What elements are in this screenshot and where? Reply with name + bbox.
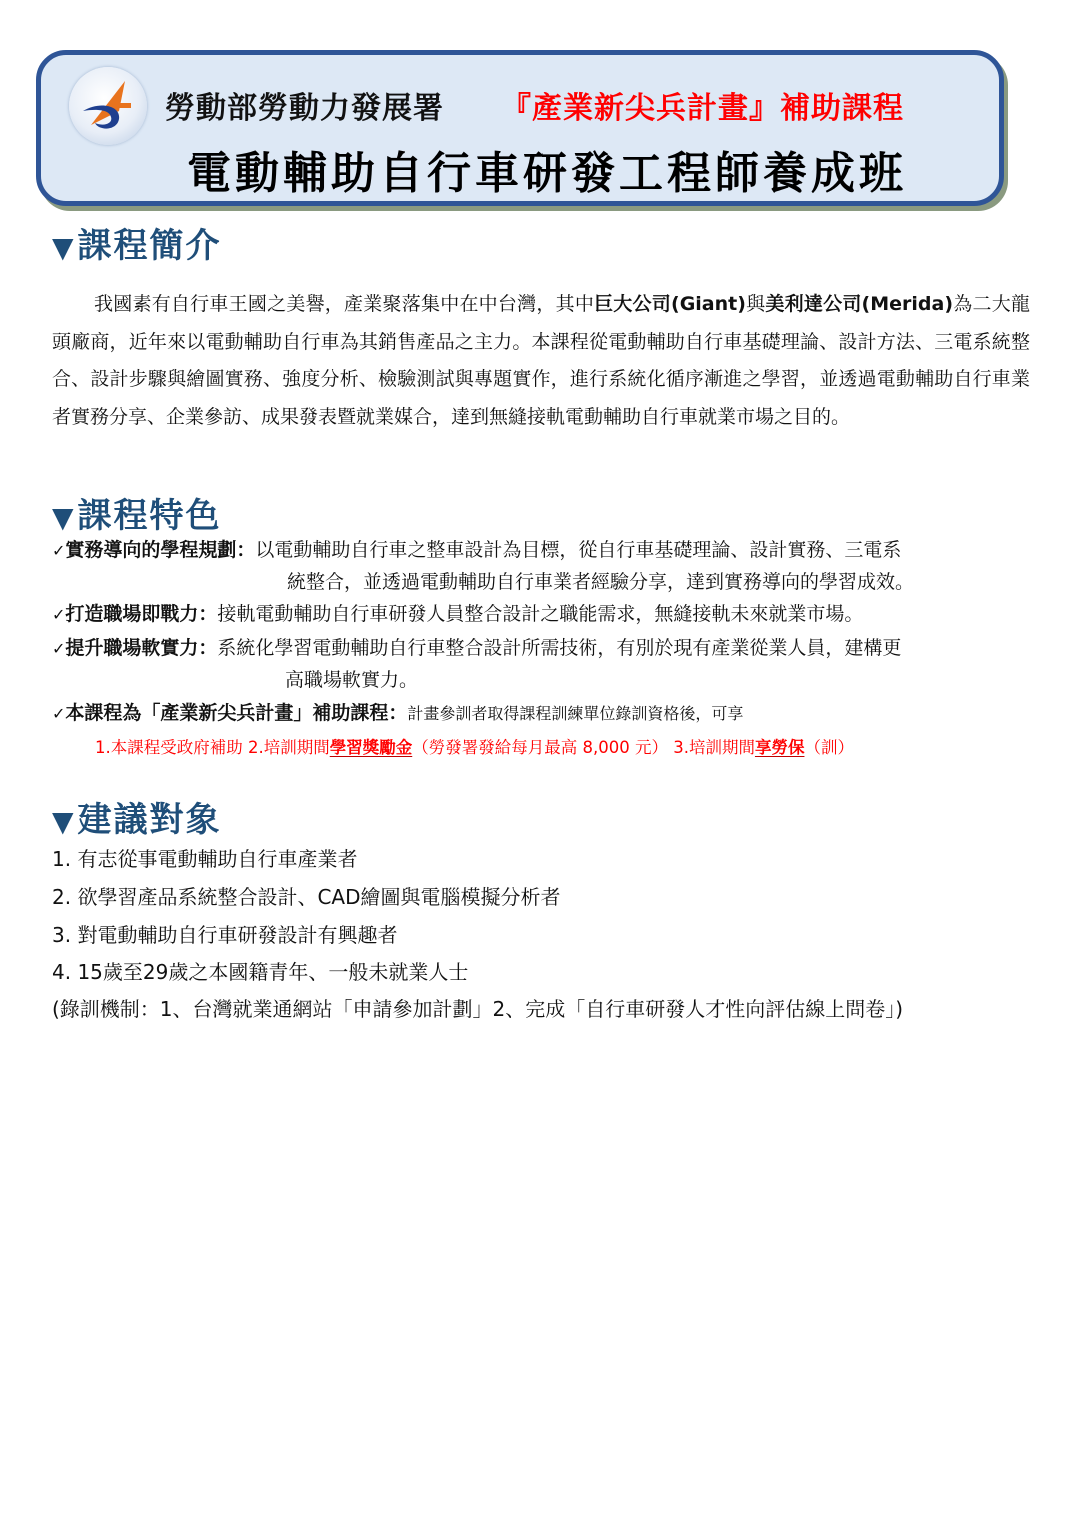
section-heading-targets-label: 建議對象 [78,800,222,840]
intro-paragraph: 我國素有自行車王國之美譽，產業聚落集中在中台灣，其中巨大公司(Giant)與美利… [52,286,1030,436]
header-banner: 勞動部勞動力發展署 『產業新尖兵計畫』補助課程 電動輔助自行車研發工程師養成班 [36,50,1004,206]
intro-text: 我國素有自行車王國之美譽，產業聚落集中在中台灣，其中 [94,293,594,315]
feature-text: 計畫參訓者取得課程訓練單位錄訓資格後，可享 [407,704,743,723]
check-icon: ✓ [52,639,65,658]
feature-text: 高職場軟實力。 [285,669,418,691]
section-heading-intro-label: 課程簡介 [78,226,222,266]
target-item: 2. 欲學習產品系統整合設計、CAD繪圖與電腦模擬分析者 [52,881,561,910]
labor-insurance: 享勞保 [755,738,805,757]
benefits-line: 1.本課程受政府補助 2.培訓期間學習獎勵金（勞發署發給每月最高 8,000 元… [95,734,854,758]
company-giant: 巨大公司(Giant) [594,293,746,315]
course-title: 電動輔助自行車研發工程師養成班 [187,137,907,201]
benefit-text: 1.本課程受政府補助 2.培訓期間 [95,738,330,757]
benefit-text: （勞發署發給每月最高 8,000 元） 3.培訓期間 [412,738,755,757]
wda-logo-icon [69,67,147,145]
learning-allowance: 學習獎勵金 [330,738,413,757]
feature-text: 接軌電動輔助自行車研發人員整合設計之職能需求，無縫接軌未來就業市場。 [217,603,863,625]
company-merida: 美利達公司(Merida) [765,293,953,315]
feature-item: ✓實務導向的學程規劃：以電動輔助自行車之整車設計為目標，從自行車基礎理論、設計實… [52,534,1032,567]
feature-label: 本課程為「產業新尖兵計畫」補助課程： [65,702,407,724]
triangle-down-icon: ▼ [52,231,76,264]
target-item: 1. 有志從事電動輔助自行車產業者 [52,843,357,872]
feature-item: ✓打造職場即戰力：接軌電動輔助自行車研發人員整合設計之職能需求，無縫接軌未來就業… [52,598,863,631]
section-heading-targets: ▼建議對象 [52,792,222,841]
agency-name: 勞動部勞動力發展署 [165,83,444,127]
feature-item: ✓提升職場軟實力：系統化學習電動輔助自行車整合設計所需技術，有別於現有產業從業人… [52,632,901,665]
check-icon: ✓ [52,704,65,723]
program-name: 『產業新尖兵計畫』補助課程 [501,83,904,127]
feature-label: 提升職場軟實力： [65,637,217,659]
admission-note: (錄訓機制：1、台灣就業通網站「申請參加計劃」2、完成「自行車研發人才性向評估線… [52,993,903,1022]
target-item: 3. 對電動輔助自行車研發設計有興趣者 [52,919,397,948]
feature-label: 實務導向的學程規劃： [65,539,255,561]
section-heading-features: ▼課程特色 [52,488,222,537]
triangle-down-icon: ▼ [52,501,76,534]
intro-text: 與 [746,293,765,315]
feature-text: 以電動輔助自行車之整車設計為目標，從自行車基礎理論、設計實務、三電系 [255,539,901,561]
target-item: 4. 15歲至29歲之本國籍青年、一般未就業人士 [52,956,468,985]
feature-item-continued: 統整合，並透過電動輔助自行車業者經驗分享，達到實務導向的學習成效。 [287,566,914,598]
feature-item-continued: 高職場軟實力。 [285,664,418,696]
feature-label: 打造職場即戰力： [65,603,217,625]
section-heading-intro: ▼課程簡介 [52,218,222,267]
triangle-down-icon: ▼ [52,805,76,838]
feature-text: 統整合，並透過電動輔助自行車業者經驗分享，達到實務導向的學習成效。 [287,571,914,593]
section-heading-features-label: 課程特色 [78,496,222,536]
feature-text: 系統化學習電動輔助自行車整合設計所需技術，有別於現有產業從業人員，建構更 [217,637,901,659]
check-icon: ✓ [52,605,65,624]
check-icon: ✓ [52,541,65,560]
benefit-text: （訓） [804,738,854,757]
feature-item: ✓本課程為「產業新尖兵計畫」補助課程：計畫參訓者取得課程訓練單位錄訓資格後，可享 [52,697,743,730]
